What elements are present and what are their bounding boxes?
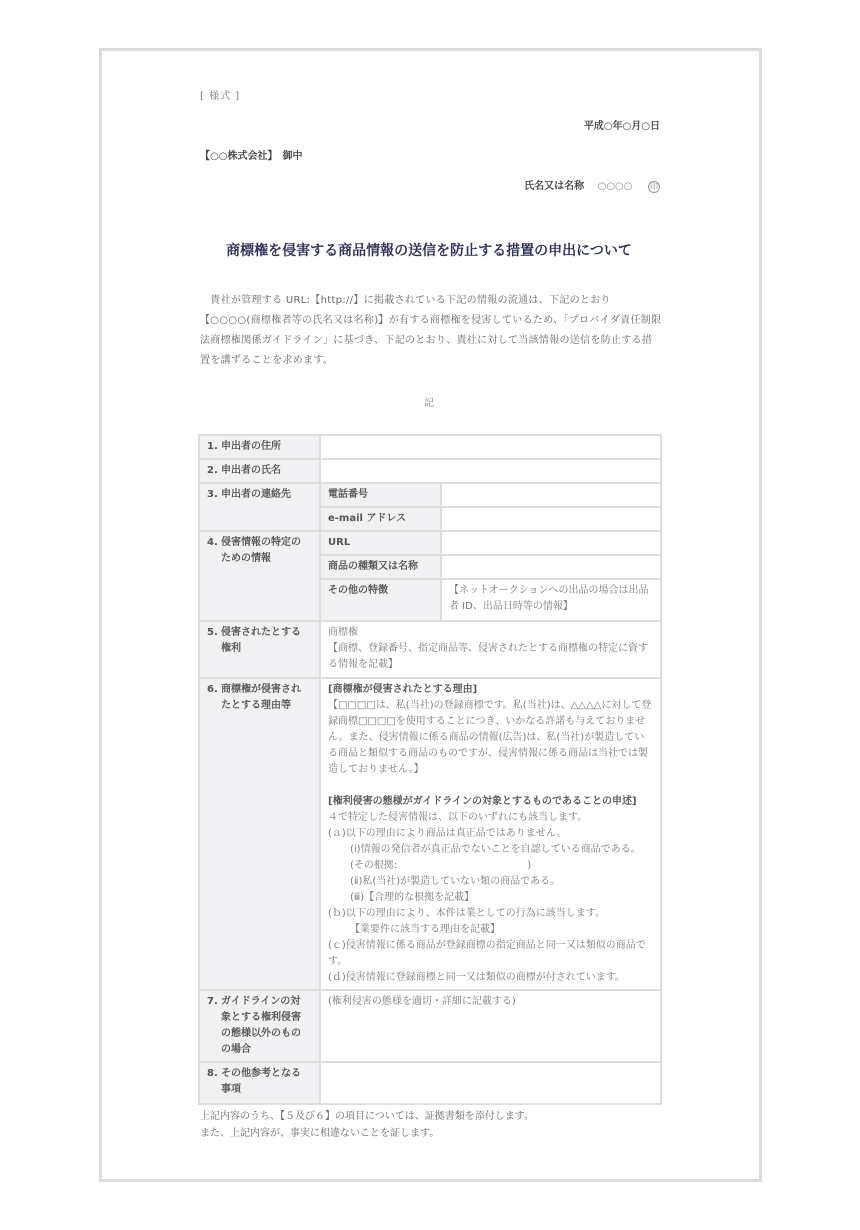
sender-label: 氏名又は名称 [524, 181, 584, 192]
table-row-1: 1.申出者の住所 [199, 435, 661, 459]
table-row-8: 8.その他参考となる事項 [199, 1062, 661, 1104]
row-label: 申出者の氏名 [221, 465, 281, 476]
sender-name-placeholder: ○○○○ [598, 181, 633, 192]
seal-icon: 印 [648, 181, 660, 193]
product-name-field[interactable] [441, 555, 661, 579]
url-field[interactable] [441, 531, 661, 555]
other-infringement-field[interactable]: (権利侵害の態様を適切・詳細に記載する) [320, 990, 661, 1062]
request-table: 1.申出者の住所 2.申出者の氏名 3.申出者の連絡先 電話番号 e-mail … [198, 434, 662, 1105]
table-row-5: 5.侵害されたとする権利 商標権 【商標、登録番号、指定商品等、侵害されたとする… [199, 621, 661, 678]
sender: 氏名又は名称 ○○○○ 印 [524, 177, 660, 193]
form-label: [ 様式 ] [200, 87, 240, 102]
address-field[interactable] [320, 435, 661, 459]
table-row-7: 7.ガイドラインの対象とする権利侵害の態様以外のものの場合 (権利侵害の態様を適… [199, 990, 661, 1062]
intro-paragraph: 貴社が管理する URL:【http://】に掲載されている下記の情報の流通は、下… [200, 291, 662, 371]
date: 平成○年○月○日 [584, 117, 660, 132]
table-row-4: 4.侵害情報の特定のための情報 URL [199, 531, 661, 555]
sub-label: e-mail アドレス [320, 507, 441, 531]
row-label: 申出者の連絡先 [221, 489, 291, 500]
infringement-reason-field[interactable]: [商標権が侵害されたとする理由] 【□□□□は、私(当社)の登録商標です。私(当… [320, 678, 661, 990]
other-reference-field[interactable] [320, 1062, 661, 1104]
addressee: 【○○株式会社】 御中 [200, 147, 302, 162]
table-row-6: 6.商標権が侵害されたとする理由等 [商標権が侵害されたとする理由] 【□□□□… [199, 678, 661, 990]
sub-label: 商品の種類又は名称 [320, 555, 441, 579]
infringed-right-field[interactable]: 商標権 【商標、登録番号、指定商品等、侵害されたとする商標権の特定に資する情報を… [320, 621, 661, 678]
document-title: 商標権を侵害する商品情報の送信を防止する措置の申出について [198, 240, 660, 260]
footer-note: 上記内容のうち、【５及び６】の項目については、証拠書類を添付します。 また、上記… [200, 1108, 534, 1142]
row-label: 申出者の住所 [221, 441, 281, 452]
sub-label: その他の特徴 [320, 579, 441, 621]
table-row-2: 2.申出者の氏名 [199, 459, 661, 483]
name-field[interactable] [320, 459, 661, 483]
email-field[interactable] [441, 507, 661, 531]
phone-field[interactable] [441, 483, 661, 507]
table-row-3: 3.申出者の連絡先 電話番号 [199, 483, 661, 507]
ki-heading: 記 [198, 394, 660, 409]
other-features-field[interactable]: 【ネットオークションへの出品の場合は出品者 ID、出品日時等の情報】 [441, 579, 661, 621]
sub-label: 電話番号 [320, 483, 441, 507]
sub-label: URL [320, 531, 441, 555]
